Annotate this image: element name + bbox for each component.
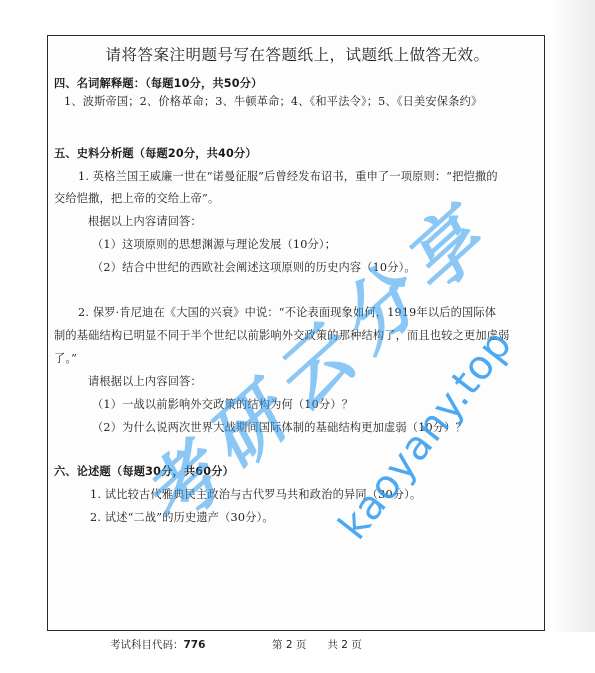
essay-question-1: 1. 试比较古代雅典民主政治与古代罗马共和政治的异同（30分）。 — [90, 488, 421, 502]
page-info: 第 2 页 共 2 页 — [272, 637, 362, 652]
subject-code-value: 776 — [184, 639, 206, 651]
question-1-sub-2: （2）结合中世纪的西欧社会阐述这项原则的历史内容（10分）。 — [92, 261, 416, 275]
question-2-prompt: 请根据以上内容回答： — [88, 375, 202, 389]
question-2-text-line-2: 制的基础结构已明显不同于半个世纪以前影响外交政策的那种结构了，而且也较之更加虚弱 — [54, 329, 510, 343]
subject-code: 考试科目代码：776 — [110, 637, 205, 652]
scan-shadow-edge — [551, 0, 595, 632]
terms-list: 1、波斯帝国；2、价格革命；3、牛顿革命；4、《和平法令》；5、《日美安保条约》 — [64, 95, 482, 109]
header-notice: 请将答案注明题号写在答题纸上，试题纸上做答无效。 — [0, 43, 595, 65]
question-1-sub-1: （1）这项原则的思想渊源与理论发展（10分）； — [92, 238, 336, 252]
section-title-essay: 六、论述题（每题30分，共60分） — [54, 465, 234, 479]
question-1-text-line-1: 1. 英格兰国王威廉一世在“诺曼征服”后曾经发布诏书，重申了一项原则：“把恺撒的 — [78, 170, 498, 184]
essay-question-2: 2. 试述“二战”的历史遗产（30分）。 — [90, 511, 274, 525]
question-2-sub-1: （1）一战以前影响外交政策的结构为何（10分）？ — [92, 398, 353, 412]
question-2-text-line-3: 了。” — [54, 352, 77, 366]
section-title-source-analysis: 五、史料分析题（每题20分，共40分） — [54, 147, 257, 161]
question-2-sub-2: （2）为什么说两次世界大战期间国际体制的基础结构更加虚弱（10分）？ — [92, 421, 467, 435]
question-1-text-line-2: 交给恺撒，把上帝的交给上帝”。 — [54, 192, 219, 206]
question-2-text-line-1: 2. 保罗·肯尼迪在《大国的兴衰》中说：“不论表面现象如何，1919年以后的国际… — [78, 306, 496, 320]
subject-code-label: 考试科目代码： — [110, 639, 184, 651]
question-1-prompt: 根据以上内容请回答： — [88, 215, 202, 229]
section-title-terms: 四、名词解释题：（每题10分，共50分） — [54, 77, 263, 91]
